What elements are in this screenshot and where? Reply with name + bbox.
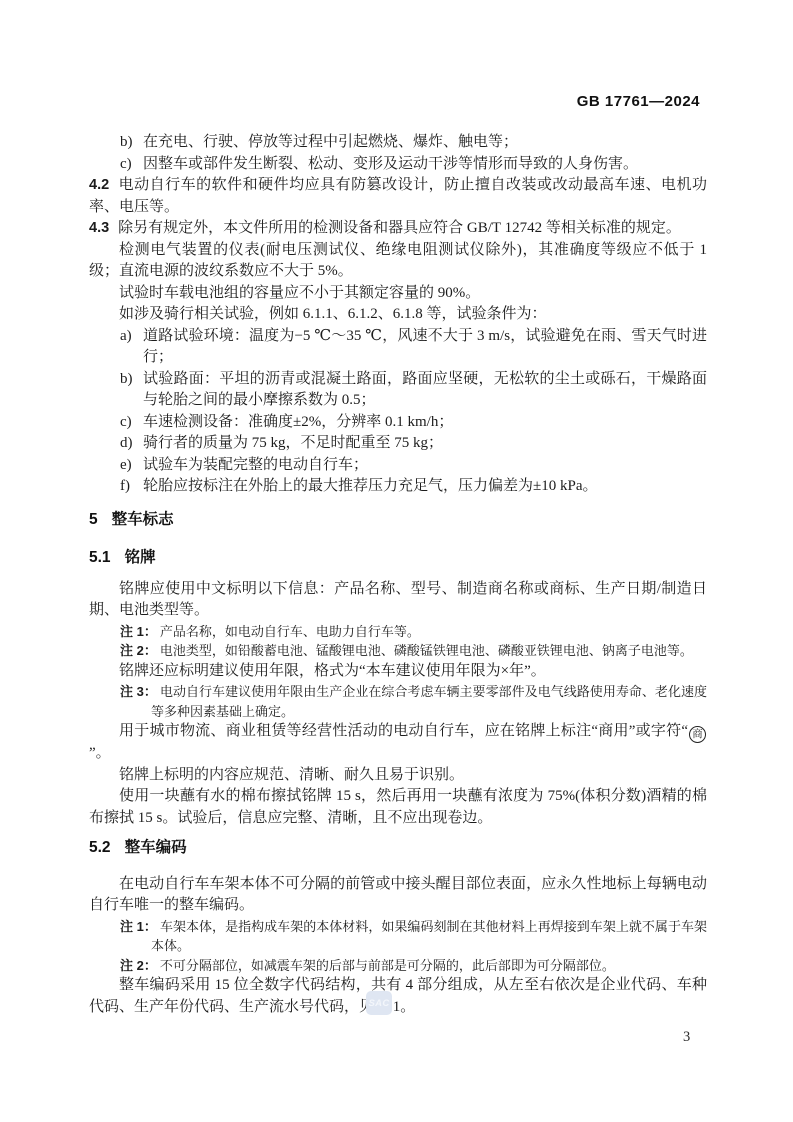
list-item: e) 试验车为装配完整的电动自行车； <box>120 455 707 477</box>
subsection-title: 铭牌 <box>125 549 156 566</box>
sac-watermark-logo: SAC <box>366 991 392 1015</box>
list-text: 试验车为装配完整的电动自行车； <box>143 455 707 477</box>
paragraph: 在电动自行车车架本体不可分隔的前管或中接头醒目部位表面，应永久性地标上每辆电动自… <box>89 874 707 917</box>
section-heading: 5整车标志 <box>89 509 707 531</box>
list-marker: c) <box>120 154 143 176</box>
paragraph: 铭牌应使用中文标明以下信息：产品名称、型号、制造商名称或商标、生产日期/制造日期… <box>89 579 707 622</box>
list-text: 因整车或部件发生断裂、松动、变形及运动干涉等情形而导致的人身伤害。 <box>143 154 707 176</box>
paragraph: 铭牌还应标明建议使用年限，格式为“本车建议使用年限为×年”。 <box>89 661 707 683</box>
paragraph: 用于城市物流、商业租赁等经营性活动的电动自行车，应在铭牌上标注“商用”或字符“商… <box>89 721 707 765</box>
list-item: b) 在充电、行驶、停放等过程中引起燃烧、爆炸、触电等； <box>120 132 707 154</box>
subsection-heading: 5.2整车编码 <box>89 837 707 859</box>
note: 注 1：车架本体，是指构成车架的本体材料，如果编码刻制在其他材料上再焊接到车架上… <box>120 917 707 956</box>
list-marker: e) <box>120 455 143 477</box>
clause-paragraph: 4.2电动自行车的软件和硬件均应具有防篡改设计，防止擅自改装或改动最高车速、电机… <box>89 175 707 218</box>
list-text: 骑行者的质量为 75 kg，不足时配重至 75 kg； <box>143 433 707 455</box>
list-item: f) 轮胎应按标注在外胎上的最大推荐压力充足气，压力偏差为±10 kPa。 <box>120 476 707 498</box>
note-text: 车架本体，是指构成车架的本体材料，如果编码刻制在其他材料上再焊接到车架上就不属于… <box>151 919 707 954</box>
clause-text: 除另有规定外，本文件所用的检测设备和器具应符合 GB/T 12742 等相关标准… <box>118 220 681 236</box>
note-text: 产品名称，如电动自行车、电助力自行车等。 <box>160 624 420 639</box>
paragraph: 使用一块蘸有水的棉布擦拭铭牌 15 s，然后再用一块蘸有浓度为 75%(体积分数… <box>89 786 707 829</box>
note-label: 注 2： <box>120 643 157 658</box>
note-label: 注 3： <box>120 684 157 699</box>
list-text: 试验路面：平坦的沥青或混凝土路面，路面应坚硬，无松软的尘土或砾石，干燥路面与轮胎… <box>143 369 707 412</box>
list-marker: b) <box>120 132 143 154</box>
paragraph-text: 用于城市物流、商业租赁等经营性活动的电动自行车，应在铭牌上标注“商用”或字符“ <box>119 723 688 739</box>
list-marker: b) <box>120 369 143 412</box>
paragraph-text: ”。 <box>89 745 111 761</box>
section-number: 5 <box>89 511 98 528</box>
subsection-number: 5.1 <box>89 549 111 566</box>
subsection-number: 5.2 <box>89 839 111 856</box>
list-text: 车速检测设备：准确度±2%，分辨率 0.1 km/h； <box>143 412 707 434</box>
section-title: 整车标志 <box>112 511 174 528</box>
note-label: 注 1： <box>120 919 157 934</box>
paragraph: 整车编码采用 15 位全数字代码结构，共有 4 部分组成，从左至右依次是企业代码… <box>89 975 707 1018</box>
note-label: 注 2： <box>120 958 157 973</box>
note-label: 注 1： <box>120 624 157 639</box>
circled-shang-symbol: 商 <box>689 726 706 743</box>
note: 注 1：产品名称，如电动自行车、电助力自行车等。 <box>120 622 707 642</box>
note-text: 电池类型，如铅酸蓄电池、锰酸锂电池、磷酸锰铁锂电池、磷酸亚铁锂电池、钠离子电池等… <box>160 643 693 658</box>
page-number: 3 <box>683 1029 690 1046</box>
clause-text: 电动自行车的软件和硬件均应具有防篡改设计，防止擅自改装或改动最高车速、电机功率、… <box>89 177 707 215</box>
note-text: 电动自行车建议使用年限由生产企业在综合考虑车辆主要零部件及电气线路使用寿命、老化… <box>151 684 707 719</box>
list-marker: c) <box>120 412 143 434</box>
subsection-heading: 5.1铭牌 <box>89 547 707 569</box>
note: 注 3：电动自行车建议使用年限由生产企业在综合考虑车辆主要零部件及电气线路使用寿… <box>120 682 707 721</box>
list-item: b) 试验路面：平坦的沥青或混凝土路面，路面应坚硬，无松软的尘土或砾石，干燥路面… <box>120 369 707 412</box>
list-text: 轮胎应按标注在外胎上的最大推荐压力充足气，压力偏差为±10 kPa。 <box>143 476 707 498</box>
list-text: 在充电、行驶、停放等过程中引起燃烧、爆炸、触电等； <box>143 132 707 154</box>
document-page: GB 17761—2024 b) 在充电、行驶、停放等过程中引起燃烧、爆炸、触电… <box>0 0 793 1122</box>
list-item: c) 车速检测设备：准确度±2%，分辨率 0.1 km/h； <box>120 412 707 434</box>
list-item: a) 道路试验环境：温度为−5 ℃～35 ℃，风速不大于 3 m/s，试验避免在… <box>120 326 707 369</box>
clause-number: 4.3 <box>89 220 109 236</box>
paragraph: 试验时车载电池组的容量应不小于其额定容量的 90%。 <box>89 283 707 305</box>
list-marker: a) <box>120 326 143 369</box>
note-text: 不可分隔部位，如减震车架的后部与前部是可分隔的，此后部即为可分隔部位。 <box>160 958 615 973</box>
list-item: c) 因整车或部件发生断裂、松动、变形及运动干涉等情形而导致的人身伤害。 <box>120 154 707 176</box>
note: 注 2：电池类型，如铅酸蓄电池、锰酸锂电池、磷酸锰铁锂电池、磷酸亚铁锂电池、钠离… <box>120 641 707 661</box>
list-marker: f) <box>120 476 143 498</box>
clause-number: 4.2 <box>89 177 109 193</box>
subsection-title: 整车编码 <box>125 839 187 856</box>
clause-paragraph: 4.3除另有规定外，本文件所用的检测设备和器具应符合 GB/T 12742 等相… <box>89 218 707 240</box>
paragraph: 如涉及骑行相关试验，例如 6.1.1、6.1.2、6.1.8 等，试验条件为： <box>89 304 707 326</box>
document-code-header: GB 17761—2024 <box>577 93 700 110</box>
list-marker: d) <box>120 433 143 455</box>
document-body: b) 在充电、行驶、停放等过程中引起燃烧、爆炸、触电等； c) 因整车或部件发生… <box>89 132 707 1018</box>
paragraph: 检测电气装置的仪表(耐电压测试仪、绝缘电阻测试仪除外)，其准确度等级应不低于 1… <box>89 240 707 283</box>
list-item: d) 骑行者的质量为 75 kg，不足时配重至 75 kg； <box>120 433 707 455</box>
paragraph: 铭牌上标明的内容应规范、清晰、耐久且易于识别。 <box>89 765 707 787</box>
note: 注 2：不可分隔部位，如减震车架的后部与前部是可分隔的，此后部即为可分隔部位。 <box>120 956 707 976</box>
list-text: 道路试验环境：温度为−5 ℃～35 ℃，风速不大于 3 m/s，试验避免在雨、雪… <box>143 326 707 369</box>
